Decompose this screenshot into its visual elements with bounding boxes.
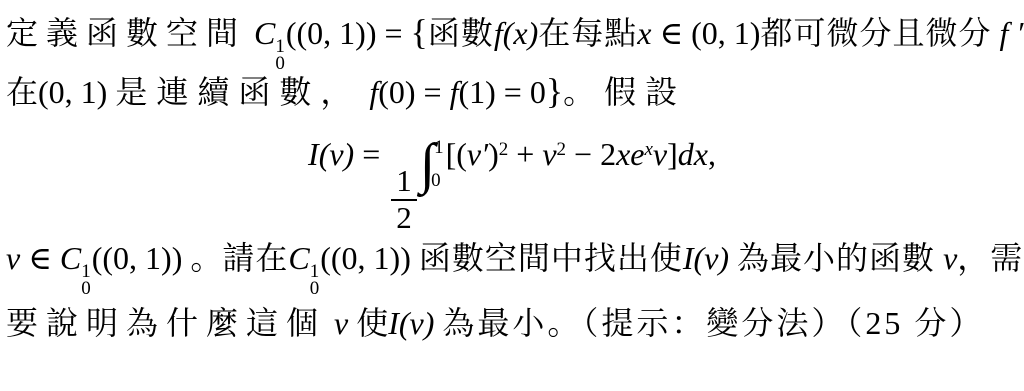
integral-lower-limit: 0: [431, 171, 441, 190]
cjk-text-need: ，需: [957, 240, 1023, 276]
math-interval-arg: ((0, 1)): [286, 15, 377, 51]
math-boundary-1: (0) =: [378, 74, 449, 110]
problem-line-2: 在(0, 1) 是連續函數， f(0) = f(1) = 0}。假設: [6, 68, 1020, 115]
math-interval-arg: ((0, 1)): [320, 240, 411, 276]
math-equals: =: [384, 15, 402, 51]
math-v: v: [6, 240, 20, 276]
cjk-period: 。: [190, 240, 222, 276]
cjk-text-hanshu: 函數: [428, 15, 494, 51]
math-interval: (0, 1): [691, 15, 760, 51]
math-dx: dx: [678, 136, 708, 172]
math-plus: +: [516, 136, 534, 172]
math-v: v: [542, 136, 556, 172]
cjk-text-define-space: 定義函數空間: [6, 15, 246, 51]
cjk-text-zai: 在: [6, 74, 38, 110]
math-v-prime: v′: [467, 136, 488, 172]
math-open-brace: {: [411, 12, 428, 52]
math-I: I: [388, 305, 399, 341]
math-minus: −: [574, 136, 592, 172]
math-x: x: [637, 15, 651, 51]
cjk-text-continuous: 是連續函數，: [115, 74, 361, 110]
math-open-bracket: [(: [446, 136, 467, 172]
math-close-brace: }: [546, 71, 563, 111]
math-interval: (0, 1): [38, 74, 107, 110]
math-arg-x: (x): [503, 15, 539, 51]
math-supsub: 10: [81, 264, 91, 297]
math-sub: 0: [310, 281, 320, 298]
cjk-text-minimal-function: 為最小的函數: [737, 240, 935, 276]
math-sub: 0: [81, 281, 91, 298]
cjk-text-suppose: 。假設: [563, 74, 686, 110]
math-exponent-2: 2: [499, 139, 509, 160]
math-exponent-x: x: [644, 139, 652, 160]
math-symbol-C: C: [60, 240, 81, 276]
math-symbol-C: C: [254, 15, 275, 51]
math-f-prime: f ′: [999, 15, 1023, 51]
cjk-text-every-point: 在每點: [538, 15, 637, 51]
math-arg-v: (v): [399, 305, 435, 341]
math-symbol-C: C: [288, 240, 309, 276]
math-v: v: [943, 240, 957, 276]
math-element-of: ∈: [659, 15, 683, 51]
cjk-text-differentiable: 都可微分且微分: [760, 15, 991, 51]
math-interval-arg: ((0, 1)): [92, 240, 183, 276]
math-coefficient-2: 2: [600, 136, 616, 172]
cjk-text-please-in: 請在: [222, 240, 288, 276]
cjk-text-shi: 使: [356, 305, 388, 341]
math-element-of: ∈: [28, 240, 52, 276]
math-arg-v: (v): [694, 240, 730, 276]
math-integral: ∫10: [420, 138, 444, 191]
math-f: f: [494, 15, 503, 51]
math-v: v: [653, 136, 667, 172]
formula-display: I(v) = 12∫10[(v′)2 + v2 − 2xexv]dx,: [0, 134, 1024, 236]
integral-limits: 10: [434, 138, 444, 190]
math-close-paren: ): [488, 136, 499, 172]
math-f: f: [369, 74, 378, 110]
problem-line-5: 要說明為什麼這個 v 使I(v) 為最小。（提示：變分法）（25 分）: [6, 303, 1020, 345]
math-fraction-one-half: 12: [391, 164, 417, 235]
math-boundary-2: (1) = 0: [458, 74, 545, 110]
cjk-text-explain-why: 要說明為什麼這個: [6, 305, 326, 341]
problem-line-1: 定義函數空間 C10((0, 1)) = {函數f(x)在每點x ∈ (0, 1…: [6, 9, 1020, 72]
math-v: v: [334, 305, 348, 341]
math-xe: xe: [616, 136, 644, 172]
math-close-bracket: ]: [667, 136, 678, 172]
integral-upper-limit: 1: [434, 138, 444, 157]
math-I: I: [683, 240, 694, 276]
math-I: I: [308, 136, 319, 172]
problem-line-4: v ∈ C10((0, 1)) 。請在C10((0, 1)) 函數空間中找出使I…: [6, 238, 1020, 297]
math-comma: ,: [708, 136, 716, 172]
math-equals: =: [362, 136, 380, 172]
math-supsub: 10: [310, 264, 320, 297]
cjk-text-hint-score: 為最小。（提示：變分法）（25 分）: [442, 305, 984, 341]
cjk-text-find-function: 函數空間中找出使: [419, 240, 683, 276]
math-exponent-2: 2: [557, 139, 567, 160]
fraction-denominator: 2: [391, 201, 417, 236]
exam-problem-page: 定義函數空間 C10((0, 1)) = {函數f(x)在每點x ∈ (0, 1…: [0, 0, 1024, 391]
math-arg-v: (v): [319, 136, 355, 172]
fraction-numerator: 1: [391, 164, 417, 199]
